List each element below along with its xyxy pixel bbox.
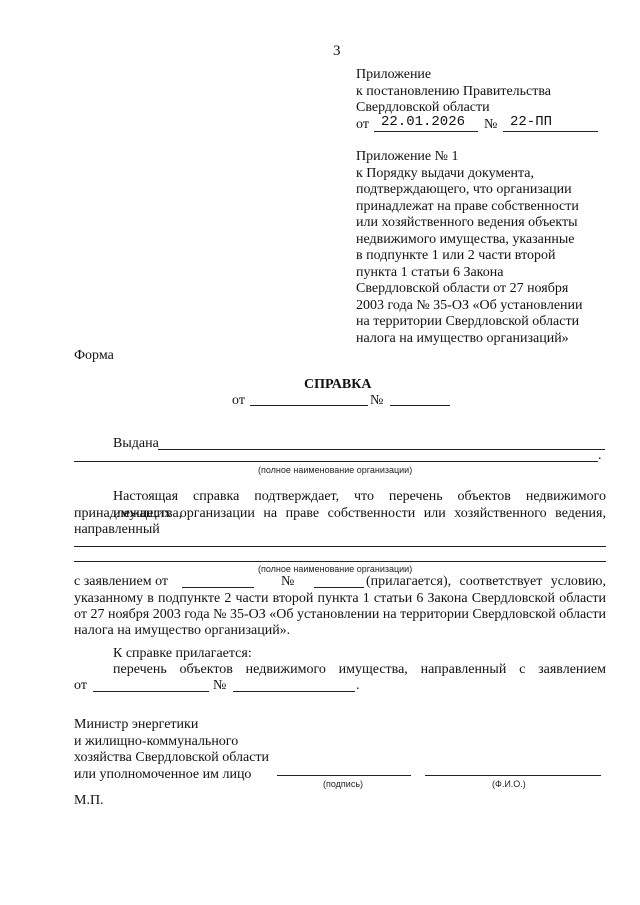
application-date-field[interactable]	[182, 587, 254, 588]
title-date-field[interactable]	[250, 405, 368, 406]
appendix-line: Свердловской области от 27 ноября	[356, 281, 583, 298]
page-number: 3	[333, 43, 341, 60]
attach-title: К справке прилагается:	[113, 646, 252, 663]
appendix-line: или хозяйственного ведения объекты	[356, 215, 583, 232]
appendix-line: на территории Свердловской области	[356, 314, 583, 331]
appendix-line: 2003 года № 35-ОЗ «Об установлении	[356, 298, 583, 315]
body-p1-line2: принадлежащих организации на праве собст…	[74, 506, 606, 523]
appendix-block: Приложение № 1 к Порядку выдачи документ…	[356, 149, 583, 347]
signatory-block: Министр энергетики и жилищно-коммунально…	[74, 717, 269, 783]
org-field-1[interactable]	[74, 546, 606, 547]
issued-org-field[interactable]	[158, 449, 605, 450]
header-number-prefix: №	[484, 117, 497, 134]
appendix-line: Приложение № 1	[356, 149, 583, 166]
appendix-line: в подпункте 1 или 2 части второй	[356, 248, 583, 265]
signature-caption: (подпись)	[323, 779, 363, 789]
org-caption: (полное наименование организации)	[258, 564, 412, 574]
p2-number-prefix: №	[281, 574, 294, 591]
attach-date-field[interactable]	[93, 691, 209, 692]
body-p1-line3: направленный	[74, 522, 160, 539]
header-date-prefix: от	[356, 117, 369, 132]
header-line: Приложение	[356, 67, 551, 84]
full-name-caption: (Ф.И.О.)	[492, 779, 526, 789]
signatory-line: и жилищно-коммунального	[74, 734, 269, 751]
appendix-line: пункта 1 статьи 6 Закона	[356, 265, 583, 282]
attach-line1: перечень объектов недвижимого имущества,…	[113, 662, 606, 679]
p2-line4: налога на имущество организаций».	[74, 623, 290, 640]
resolution-date: 22.01.2026	[381, 114, 465, 131]
p2-start: с заявлением от	[74, 574, 168, 591]
application-number-field[interactable]	[314, 587, 364, 588]
signatory-line: или уполномоченное им лицо	[74, 767, 269, 784]
issued-label: Выдана	[113, 436, 159, 453]
title-date-prefix: от	[232, 393, 245, 410]
p2-line2: указанному в подпункте 2 части второй пу…	[74, 591, 606, 608]
appendix-line: недвижимого имущества, указанные	[356, 232, 583, 249]
document-title: СПРАВКА	[304, 377, 371, 394]
attach-number-field[interactable]	[233, 691, 355, 692]
resolution-number: 22-ПП	[510, 114, 552, 131]
p2-end: (прилагается), соответствует условию,	[366, 574, 606, 591]
stamp-mark: М.П.	[74, 793, 104, 810]
attach-from: от	[74, 678, 87, 695]
attach-end: .	[356, 678, 360, 695]
signatory-line: хозяйства Свердловской области	[74, 750, 269, 767]
header-block: Приложение к постановлению Правительства…	[356, 67, 551, 134]
appendix-line: подтверждающего, что организации	[356, 182, 583, 199]
header-line: к постановлению Правительства	[356, 84, 551, 101]
title-number-field[interactable]	[390, 405, 450, 406]
issued-caption: (полное наименование организации)	[258, 465, 412, 475]
attach-number-prefix: №	[213, 678, 226, 695]
org-field-2[interactable]	[74, 561, 606, 562]
appendix-line: принадлежат на праве собственности	[356, 199, 583, 216]
signature-field[interactable]	[277, 775, 411, 776]
appendix-line: к Порядку выдачи документа,	[356, 166, 583, 183]
full-name-field[interactable]	[425, 775, 601, 776]
issued-org-field-2[interactable]	[74, 461, 598, 462]
p2-line3: от 27 ноября 2003 года № 35-ОЗ «Об устан…	[74, 607, 606, 624]
title-number-prefix: №	[370, 393, 383, 410]
issued-end-mark: .	[598, 448, 602, 465]
appendix-line: налога на имущество организаций»	[356, 331, 583, 348]
form-label: Форма	[74, 348, 114, 365]
signatory-line: Министр энергетики	[74, 717, 269, 734]
